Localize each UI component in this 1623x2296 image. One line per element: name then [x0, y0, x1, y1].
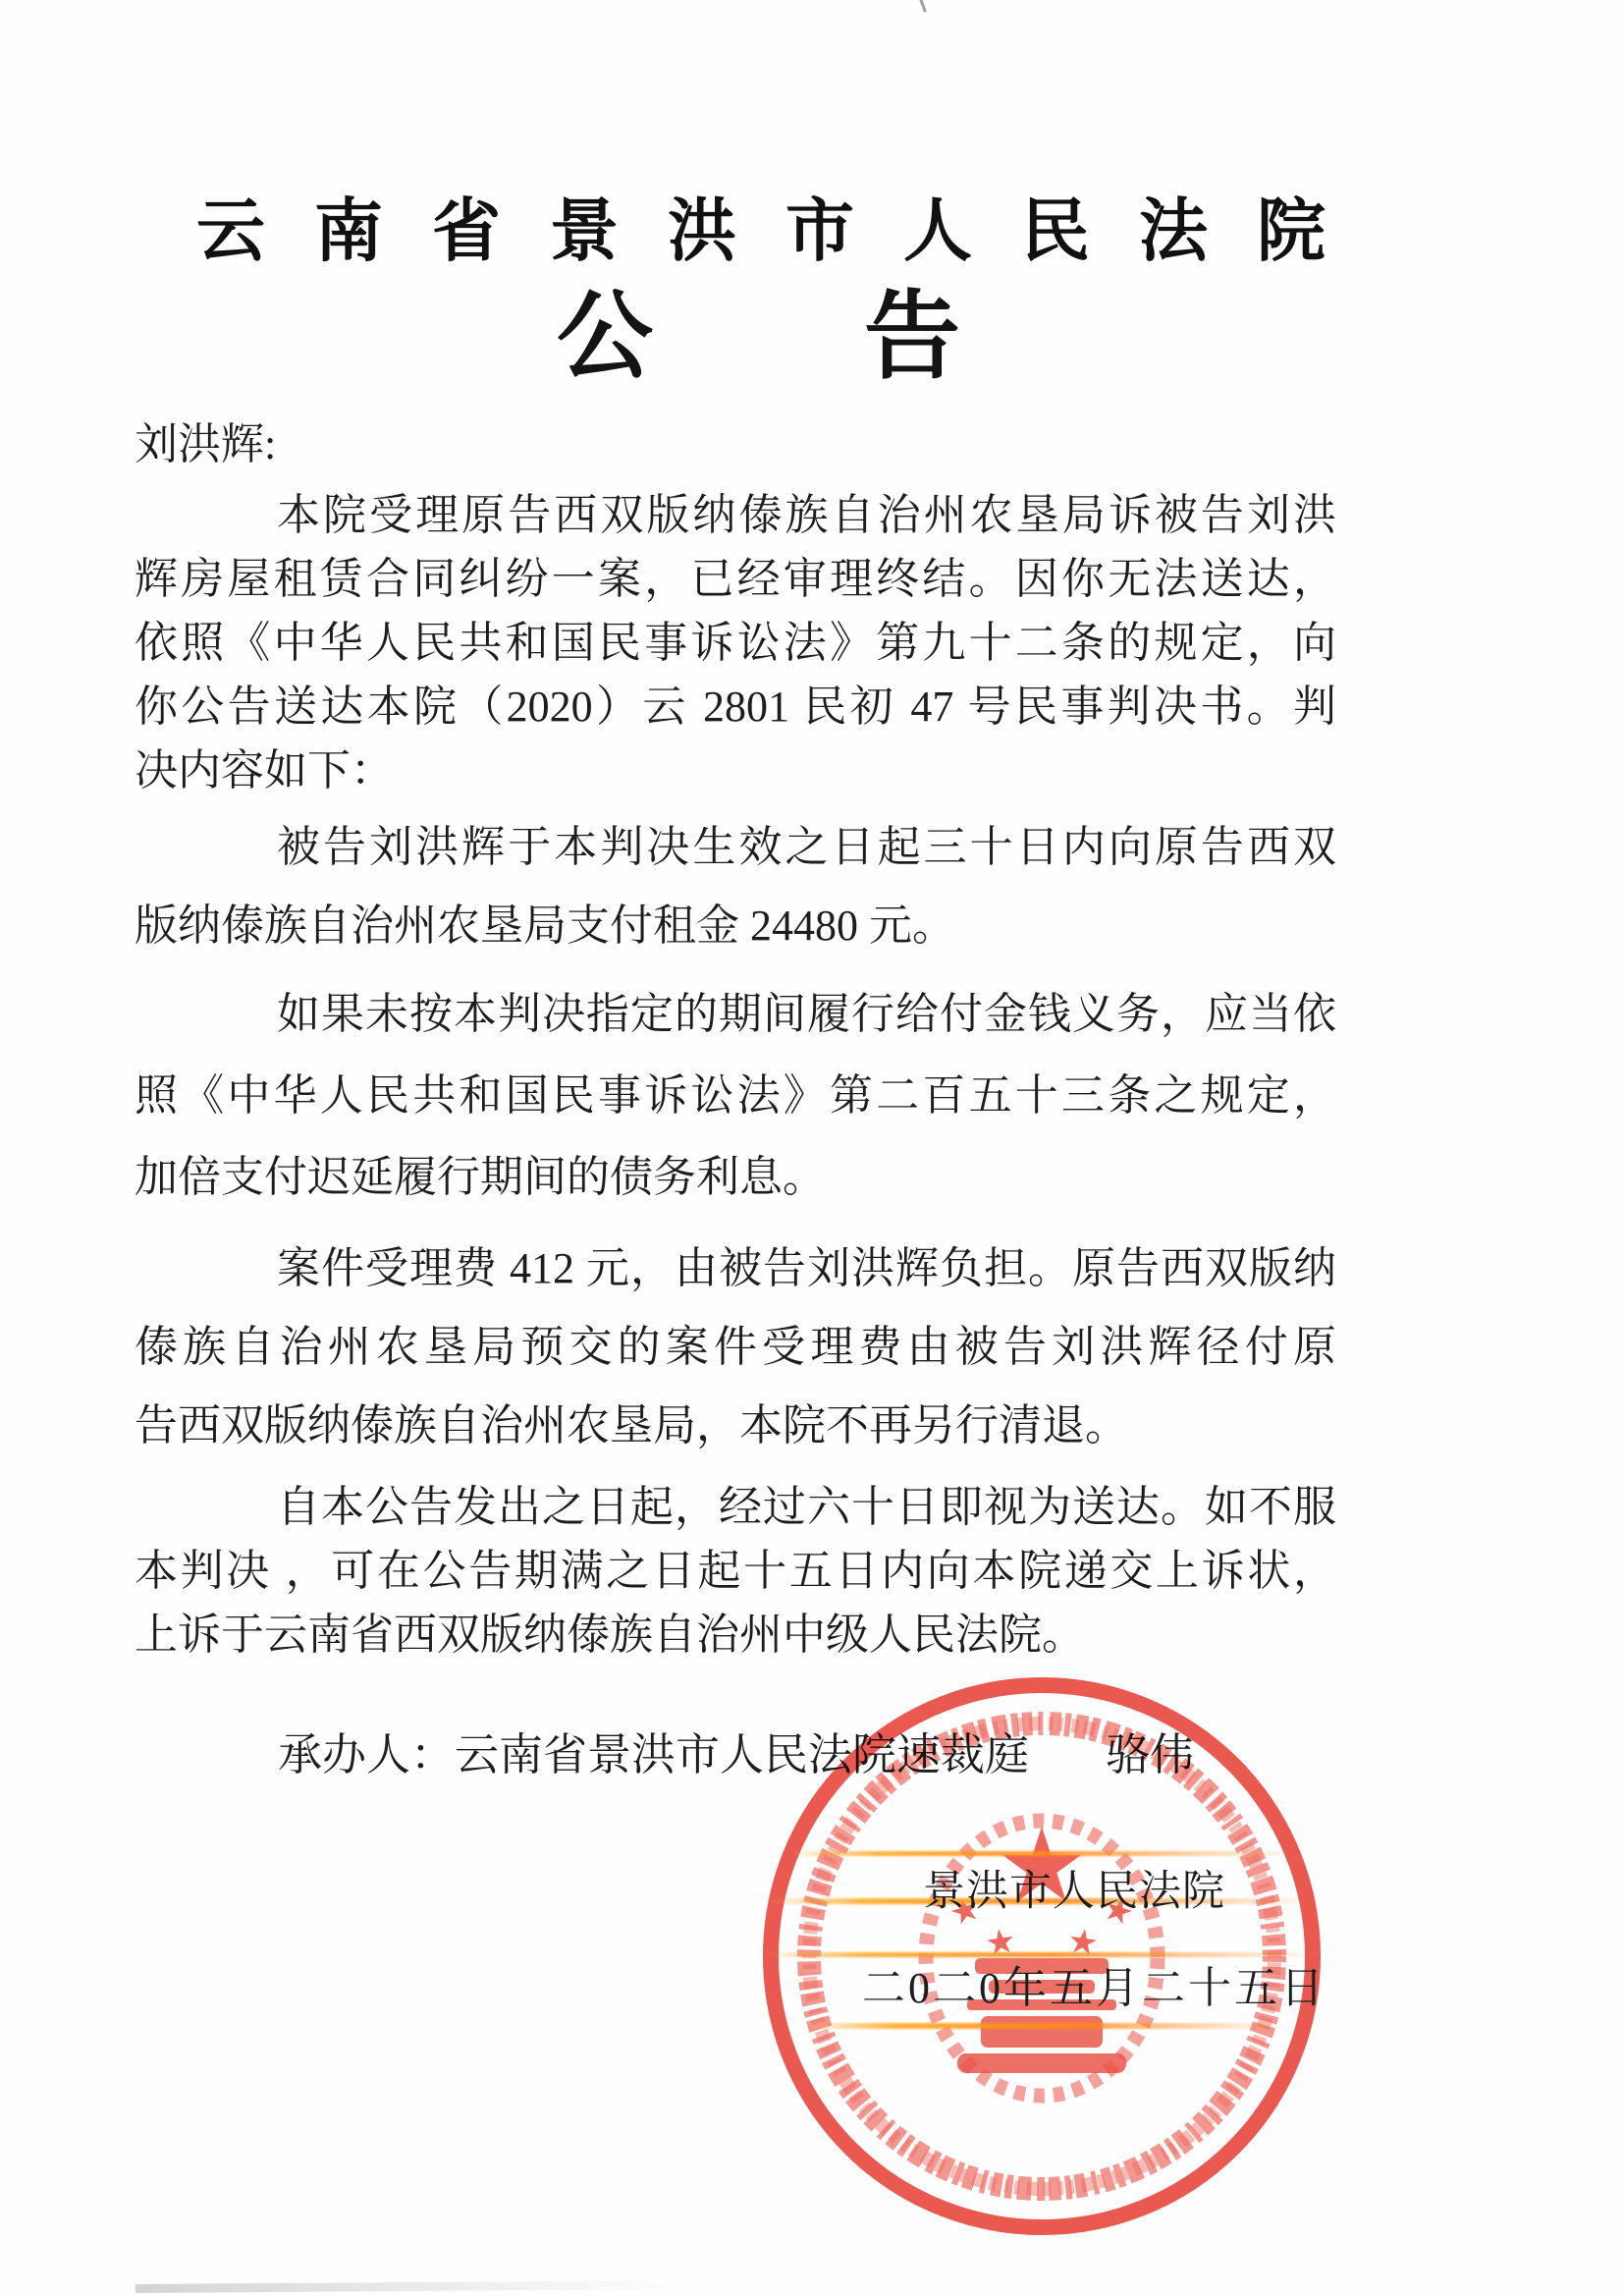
paragraph: 自本公告发出之日起，经过六十日即视为送达。如不服本判决 ，可在公告期满之日起十五… [135, 1475, 1336, 1667]
salutation: 刘洪辉: [135, 420, 1336, 469]
paragraph-line: 自本公告发出之日起，经过六十日即视为送达。如不服 [135, 1475, 1336, 1539]
paragraph-line: 案件受理费 412 元，由被告刘洪辉负担。原告西双版纳 [135, 1230, 1336, 1308]
paragraph-line: 告西双版纳傣族自治州农垦局，本院不再另行清退。 [135, 1387, 1336, 1465]
paragraph: 如果未按本判决指定的期间履行给付金钱义务，应当依照《中华人民共和国民事诉讼法》第… [135, 973, 1336, 1218]
paragraph-line: 傣族自治州农垦局预交的案件受理费由被告刘洪辉径付原 [135, 1308, 1336, 1387]
scan-streak [805, 2023, 1286, 2029]
paragraph-line: 加倍支付迟延履行期间的债务利息。 [135, 1136, 1336, 1218]
body-paragraphs: 本院受理原告西双版纳傣族自治州农垦局诉被告刘洪辉房屋租赁合同纠纷一案，已经审理终… [135, 483, 1336, 1667]
signature-date: 二0二0年五月二十五日 [862, 1964, 1326, 2013]
paragraph: 被告刘洪辉于本判决生效之日起三十日内向原告西双版纳傣族自治州农垦局支付租金 24… [135, 808, 1336, 965]
paragraph-line: 版纳傣族自治州农垦局支付租金 24480 元。 [135, 887, 1336, 965]
handler-label: 承办人： [278, 1730, 455, 1779]
document-body: 刘洪辉: 本院受理原告西双版纳傣族自治州农垦局诉被告刘洪辉房屋租赁合同纠纷一案，… [135, 0, 1336, 1782]
paragraph-line: 辉房屋租赁合同纠纷一案，已经审理终结。因你无法送达， [135, 547, 1336, 611]
paragraph-line: 照《中华人民共和国民事诉讼法》第二百五十三条之规定， [135, 1055, 1336, 1136]
paragraph-line: 本判决 ，可在公告期满之日起十五日内向本院递交上诉状， [135, 1539, 1336, 1603]
paragraph-line: 上诉于云南省西双版纳傣族自治州中级人民法院。 [135, 1603, 1336, 1667]
paragraph-line: 被告刘洪辉于本判决生效之日起三十日内向原告西双 [135, 808, 1336, 887]
scan-streak [787, 1851, 1298, 1856]
paragraph-line: 本院受理原告西双版纳傣族自治州农垦局诉被告刘洪 [135, 483, 1336, 547]
paragraph-line: 如果未按本判决指定的期间履行给付金钱义务，应当依 [135, 973, 1336, 1055]
paragraph: 案件受理费 412 元，由被告刘洪辉负担。原告西双版纳傣族自治州农垦局预交的案件… [135, 1230, 1336, 1465]
national-emblem-icon [926, 1821, 1158, 2096]
paragraph-line: 你公告送达本院（2020）云 2801 民初 47 号民事判决书。判 [135, 675, 1336, 738]
paragraph-line: 决内容如下： [135, 738, 1336, 802]
paragraph: 本院受理原告西双版纳傣族自治州农垦局诉被告刘洪辉房屋租赁合同纠纷一案，已经审理终… [135, 483, 1336, 802]
scan-streak [761, 1952, 1325, 1957]
paragraph-line: 依照《中华人民共和国民事诉讼法》第九十二条的规定，向 [135, 611, 1336, 675]
signature-court-name: 景洪市人民法院 [923, 1868, 1225, 1917]
scan-bottom-edge [135, 2280, 690, 2293]
scanned-court-notice-page: 云南省景洪市人民法院 公告 刘洪辉: 本院受理原告西双版纳傣族自治州农垦局诉被告… [0, 0, 1623, 2296]
